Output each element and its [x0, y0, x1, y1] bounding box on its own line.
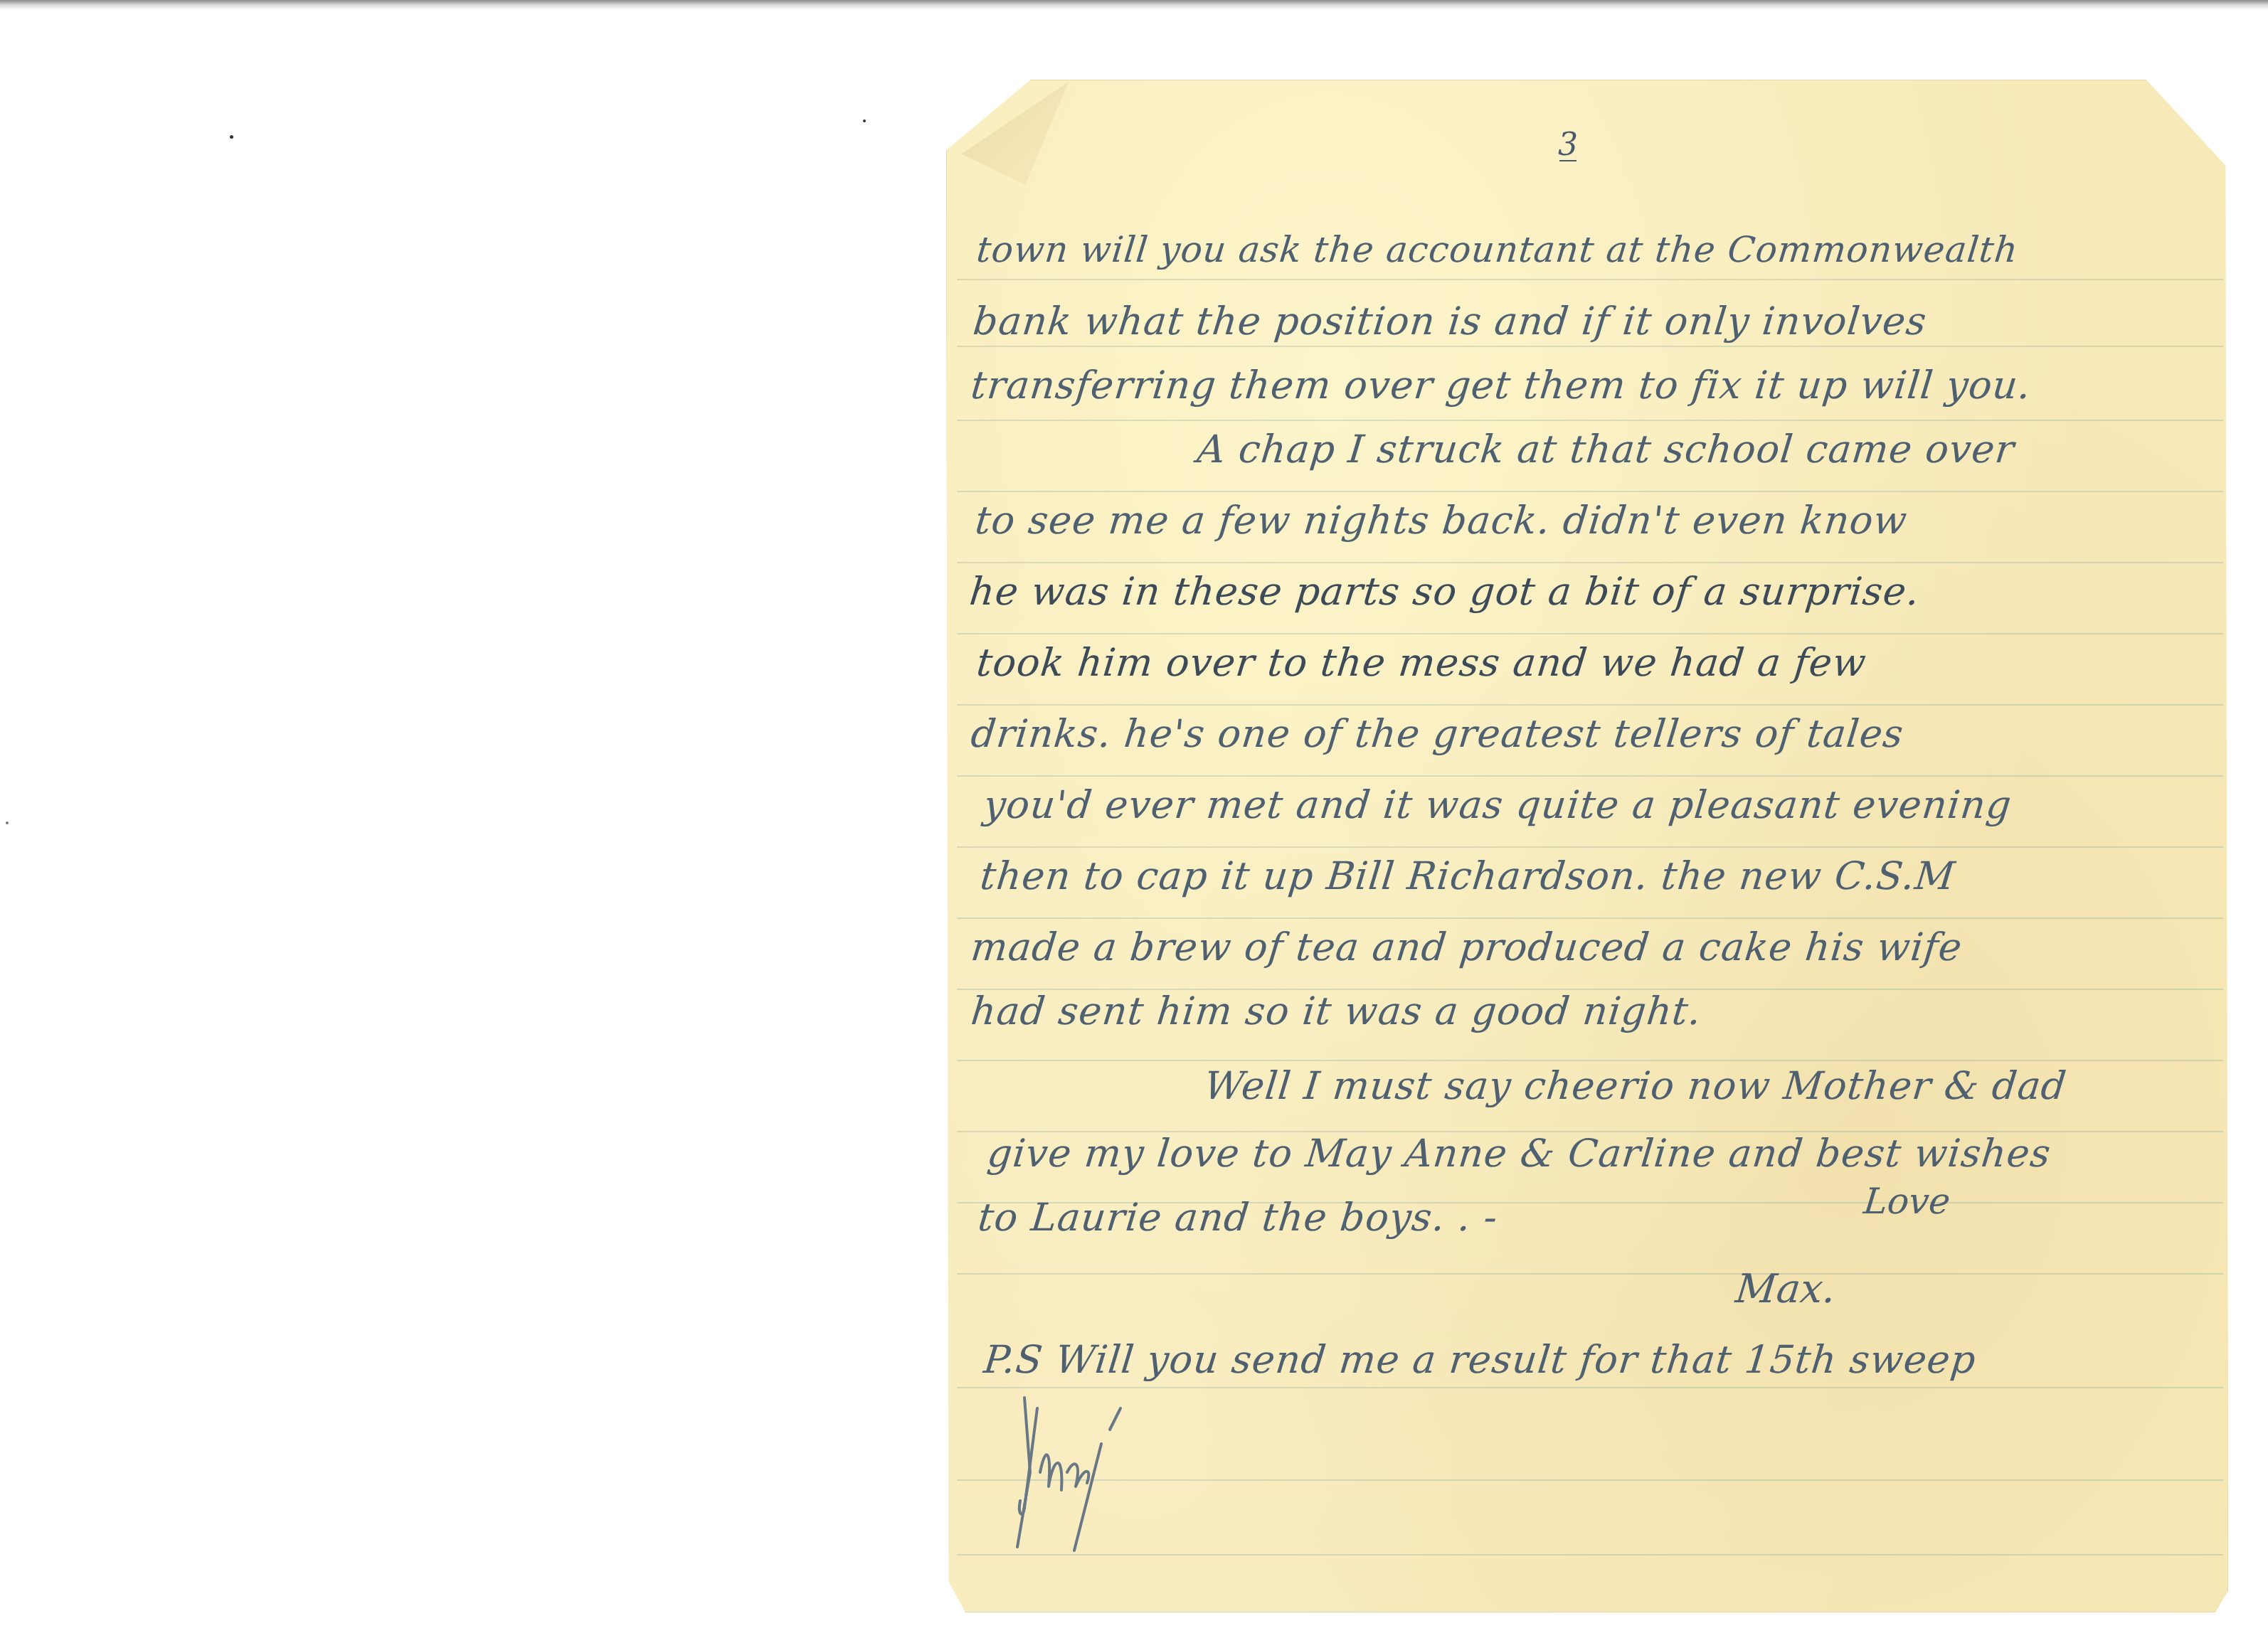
letter-line: you'd ever met and it was quite a pleasa… — [982, 782, 2014, 827]
ruled-line — [957, 1387, 2223, 1388]
ruled-line — [957, 846, 2223, 848]
ruled-line — [957, 279, 2223, 280]
letter-line: bank what the position is and if it only… — [971, 299, 1929, 344]
letter-line: to Laurie and the boys. . - — [976, 1195, 1500, 1240]
letter-line: transferring them over get them to fix i… — [969, 363, 2033, 408]
ruled-line — [957, 491, 2223, 492]
letter-line: A chap I struck at that school came over — [1195, 427, 2017, 472]
ruled-line — [957, 562, 2223, 563]
initials-mark — [996, 1394, 1231, 1565]
page-number: 3 — [1558, 127, 1578, 163]
dust-speck — [6, 821, 9, 824]
signature: Max. — [1734, 1266, 1838, 1312]
letter-line: took him over to the mess and we had a f… — [975, 640, 1869, 685]
letter-line: town will you ask the accountant at the … — [975, 229, 2020, 270]
ruled-line — [957, 1273, 2223, 1275]
ruled-line — [957, 346, 2223, 347]
ruled-line — [957, 1060, 2223, 1061]
ruled-line — [957, 633, 2223, 634]
letter-line: Well I must say cheerio now Mother & dad — [1202, 1063, 2069, 1108]
letter-line: then to cap it up Bill Richardson. the n… — [978, 853, 1958, 898]
letter-line: he was in these parts so got a bit of a … — [968, 569, 1922, 614]
letter-line: made a brew of tea and produced a cake h… — [969, 925, 1964, 969]
dust-speck — [863, 119, 866, 122]
postscript: P.S Will you send me a result for that 1… — [982, 1337, 1978, 1382]
dust-speck — [230, 135, 233, 139]
letter-line: had sent him so it was a good night. — [969, 989, 1704, 1033]
ruled-line — [957, 775, 2223, 777]
ruled-line — [957, 918, 2223, 919]
scanner-edge-shadow — [0, 0, 2268, 10]
letter-line: give my love to May Anne & Carline and b… — [985, 1131, 2053, 1176]
letter-line: drinks. he's one of the greatest tellers… — [969, 711, 1906, 756]
ruled-line — [957, 420, 2223, 421]
closing-salutation: Love — [1862, 1181, 1952, 1222]
ruled-line — [957, 704, 2223, 706]
letter-line: to see me a few nights back. didn't even… — [973, 498, 1909, 543]
